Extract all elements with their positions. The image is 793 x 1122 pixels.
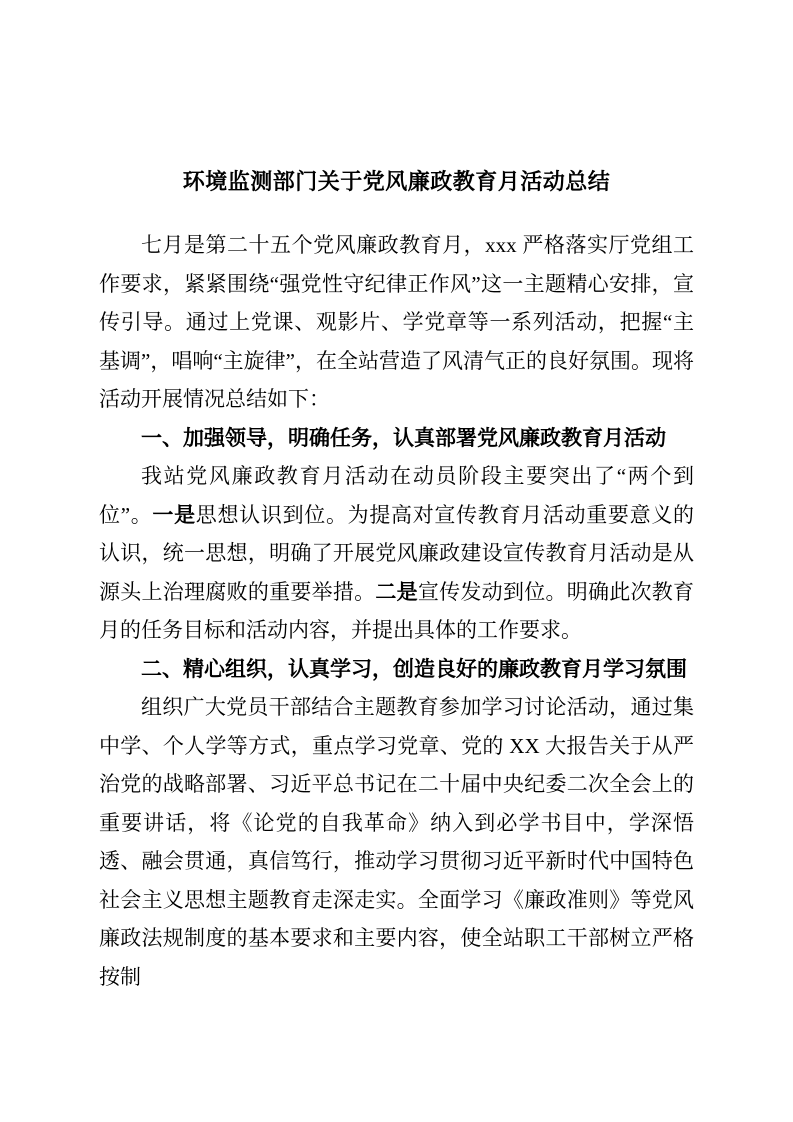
body-paragraph: 我站党风廉政教育月活动在动员阶段主要突出了“两个到位”。一是思想认识到位。为提高… — [99, 457, 694, 650]
document-title: 环境监测部门关于党风廉政教育月活动总结 — [99, 166, 694, 198]
section-heading: 二、精心组织，认真学习，创造良好的廉政教育月学习氛围 — [99, 650, 694, 689]
text-run: 组织广大党员干部结合主题教育参加学习讨论活动，通过集中学、个人学等方式，重点学习… — [99, 695, 694, 989]
bold-text-run: 一、加强领导，明确任务，认真部署党风廉政教育月活动 — [141, 426, 666, 450]
bold-text-run: 一是 — [152, 503, 195, 527]
bold-text-run: 二、精心组织，认真学习，创造良好的廉政教育月学习氛围 — [141, 657, 687, 681]
section-heading: 一、加强领导，明确任务，认真部署党风廉政教育月活动 — [99, 419, 694, 458]
document-body: 七月是第二十五个党风廉政教育月，xxx 严格落实厅党组工作要求，紧紧围绕“强党性… — [99, 226, 694, 996]
text-run: 七月是第二十五个党风廉政教育月，xxx 严格落实厅党组工作要求，紧紧围绕“强党性… — [99, 233, 694, 411]
body-paragraph: 组织广大党员干部结合主题教育参加学习讨论活动，通过集中学、个人学等方式，重点学习… — [99, 688, 694, 996]
bold-text-run: 二是 — [375, 580, 418, 604]
body-paragraph: 七月是第二十五个党风廉政教育月，xxx 严格落实厅党组工作要求，紧紧围绕“强党性… — [99, 226, 694, 419]
document-page: 环境监测部门关于党风廉政教育月活动总结 七月是第二十五个党风廉政教育月，xxx … — [0, 0, 793, 1122]
